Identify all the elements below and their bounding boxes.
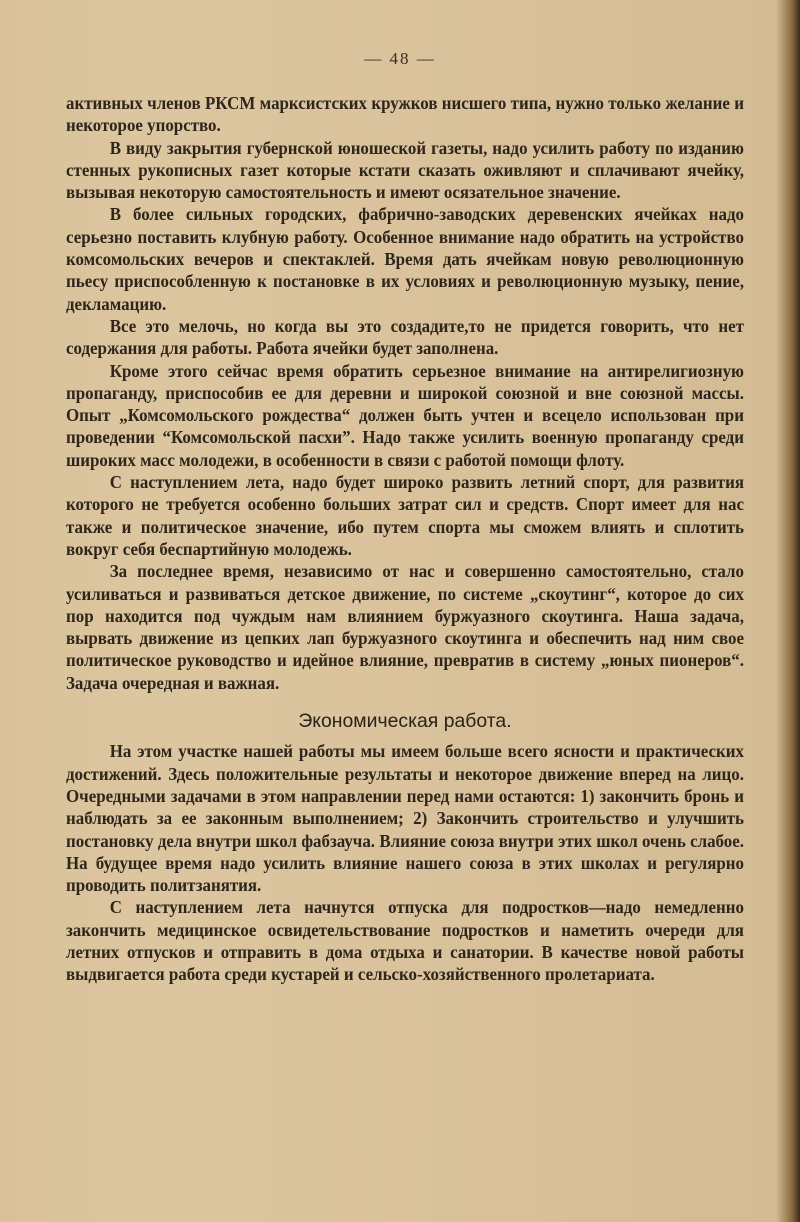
page-number: — 48 — xyxy=(0,49,800,69)
paragraph: активных членов РКСМ марксистских кружко… xyxy=(66,92,744,137)
page-body: активных членов РКСМ марксистских кружко… xyxy=(66,92,744,986)
paragraph: Кроме этого сейчас время обратить серьез… xyxy=(66,360,744,471)
paragraph: За последнее время, независимо от нас и … xyxy=(66,560,744,694)
paragraph: На этом участке нашей работы мы имеем бо… xyxy=(66,740,744,896)
paragraph: С наступлением лета начнутся отпуска для… xyxy=(66,896,744,985)
paragraph: Все это мелочь, но когда вы это создадит… xyxy=(66,315,744,360)
paragraph: В виду закрытия губернской юношеской газ… xyxy=(66,137,744,204)
section-heading: Экономическая работа. xyxy=(42,710,767,732)
paragraph: В более сильных городских, фабрично-заво… xyxy=(66,203,744,314)
paragraph: С наступлением лета, надо будет широко р… xyxy=(66,471,744,560)
section-economic-work: На этом участке нашей работы мы имеем бо… xyxy=(66,740,744,985)
section-before-heading: активных членов РКСМ марксистских кружко… xyxy=(66,92,744,694)
